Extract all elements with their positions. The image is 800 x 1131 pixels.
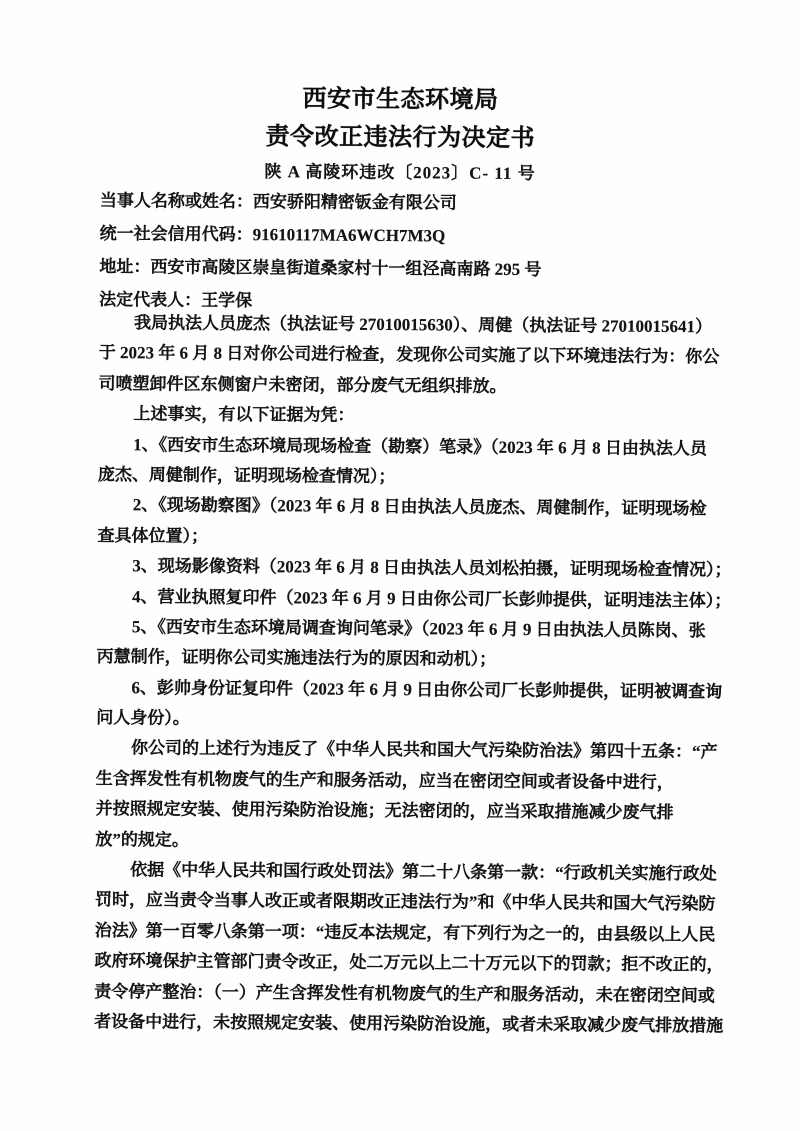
legal-basis-line: 依据《中华人民共和国行政处罚法》第二十八条第一款：“行政机关实施行政处	[95, 855, 709, 890]
legal-basis-line: 罚时，应当责令当事人改正或者限期改正违法行为”和《中华人民共和国大气污染防	[95, 885, 709, 920]
evidence-item-line: 5、《西安市生态环境局调查询问笔录》（2023 年 6 月 9 日由执法人员陈岗…	[97, 612, 711, 647]
document-content: 西安市生态环境局 责令改正违法行为决定书 陕 A 高陵环违改〔2023〕C- 1…	[0, 0, 800, 1131]
issuing-org-title: 西安市生态环境局	[0, 83, 800, 117]
evidence-item-line: 6、彭帅身份证复印件（2023 年 6 月 9 日由你公司厂长彭帅提供，证明被调…	[96, 673, 710, 708]
evidence-item-line: 3、现场影像资料（2023 年 6 月 8 日由执法人员刘松拍摄，证明现场检查情…	[97, 551, 711, 586]
party-name-line: 当事人名称或姓名：西安骄阳精密钣金有限公司	[100, 184, 740, 221]
legal-basis-line: 者设备中进行，未按照规定安装、使用污染防治设施，或者未采取减少废气排放措施	[94, 1007, 708, 1042]
evidence-item-line: 庞杰、周健制作，证明现场检查情况）；	[98, 460, 712, 495]
party-info-block: 当事人名称或姓名：西安骄阳精密钣金有限公司 统一社会信用代码：91610117M…	[99, 184, 740, 320]
body-line: 我局执法人员庞杰（执法证号 27010015630）、周健（执法证号 27010…	[99, 308, 713, 343]
address-line: 地址：西安市高陵区崇皇街道桑家村十一组泾高南路 295 号	[99, 250, 739, 287]
credit-code-line: 统一社会信用代码：91610117MA6WCH7M3Q	[100, 217, 740, 254]
document-number: 陕 A 高陵环违改〔2023〕C- 11 号	[0, 159, 800, 187]
scanned-document-page: 西安市生态环境局 责令改正违法行为决定书 陕 A 高陵环违改〔2023〕C- 1…	[0, 0, 800, 1131]
violation-clause-line: 并按照规定安装、使用污染防治设施；无法密闭的，应当采取措施减少废气排	[95, 794, 709, 829]
violation-clause-line: 放”的规定。	[95, 825, 709, 860]
evidence-item-line: 2、《现场勘察图》（2023 年 6 月 8 日由执法人员庞杰、周健制作，证明现…	[98, 490, 712, 525]
body-line: 于 2023 年 6 月 8 日对你公司进行检查，发现你公司实施了以下环境违法行…	[99, 338, 713, 373]
legal-basis-line: 责令停产整治：（一）产生含挥发性有机物废气的生产和服务活动，未在密闭空间或	[94, 977, 708, 1012]
evidence-item-line: 4、营业执照复印件（2023 年 6 月 9 日由你公司厂长彭帅提供，证明违法主…	[97, 582, 711, 617]
evidence-intro-line: 上述事实，有以下证据为凭：	[98, 399, 712, 434]
evidence-item-line: 查具体位置）；	[97, 521, 711, 556]
body-line: 司喷塑卸件区东侧窗户未密闭，部分废气无组织排放。	[98, 369, 712, 404]
violation-clause-line: 生含挥发性有机物废气的生产和服务活动，应当在密闭空间或者设备中进行，	[96, 764, 710, 799]
violation-clause-line: 你公司的上述行为违反了《中华人民共和国大气污染防治法》第四十五条：“产	[96, 733, 710, 768]
legal-basis-line: 治法》第一百零八条第一项：“违反本法规定，有下列行为之一的，由县级以上人民	[95, 916, 709, 951]
evidence-item-line: 1、《西安市生态环境局现场检查（勘察）笔录》（2023 年 6 月 8 日由执法…	[98, 430, 712, 465]
document-body: 我局执法人员庞杰（执法证号 27010015630）、周健（执法证号 27010…	[94, 308, 713, 1042]
document-title: 责令改正违法行为决定书	[0, 121, 800, 155]
evidence-item-line: 丙慧制作，证明你公司实施违法行为的原因和动机）；	[97, 642, 711, 677]
legal-basis-line: 政府环境保护主管部门责令改正，处二万元以上二十万元以下的罚款；拒不改正的，	[94, 946, 708, 981]
evidence-item-line: 问人身份）。	[96, 703, 710, 738]
